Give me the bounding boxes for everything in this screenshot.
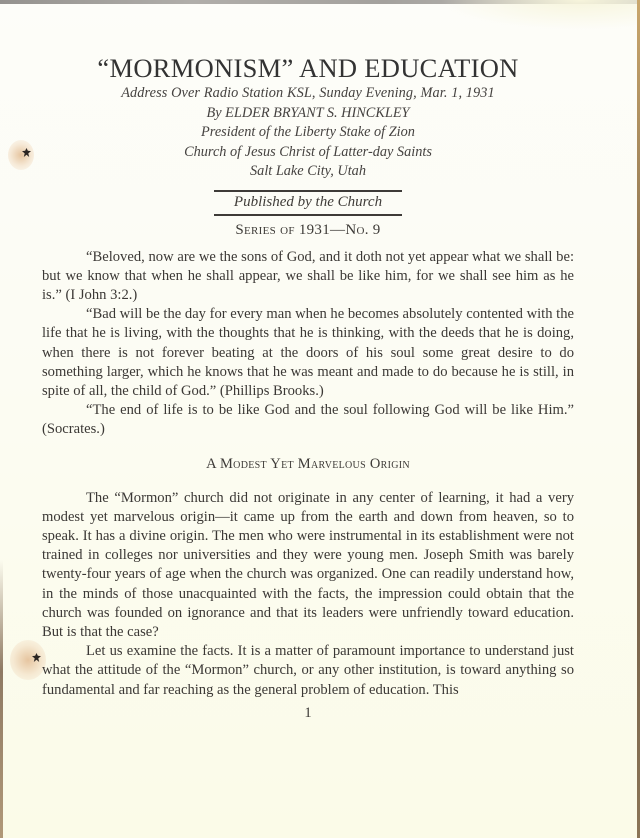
author-title-line: President of the Liberty Stake of Zion [42, 123, 574, 143]
paper-glare [440, 0, 640, 30]
epigraph-john: “Beloved, now are we the sons of God, an… [42, 248, 574, 306]
publisher-box: Published by the Church [214, 190, 402, 216]
author-line: By ELDER BRYANT S. HINCKLEY [42, 104, 574, 124]
document-page: “MORMONISM” AND EDUCATION Address Over R… [42, 52, 574, 722]
document-title: “MORMONISM” AND EDUCATION [42, 52, 574, 84]
punch-hole-stain-bottom [10, 640, 46, 680]
page-left-edge [0, 560, 3, 838]
epigraph-brooks: “Bad will be the day for every man when … [42, 305, 574, 401]
section-heading: A Modest Yet Marvelous Origin [42, 456, 574, 473]
body-paragraph: The “Mormon” church did not originate in… [42, 489, 574, 643]
epigraph-socrates: “The end of life is to be like God and t… [42, 401, 574, 439]
location-line: Salt Lake City, Utah [42, 162, 574, 182]
page-number: 1 [42, 704, 574, 722]
address-line: Address Over Radio Station KSL, Sunday E… [42, 84, 574, 104]
church-line: Church of Jesus Christ of Latter-day Sai… [42, 143, 574, 163]
body-paragraph: Let us examine the facts. It is a matter… [42, 642, 574, 700]
series-label: Series of 1931—No. 9 [42, 220, 574, 240]
punch-hole-stain-top [8, 140, 34, 170]
